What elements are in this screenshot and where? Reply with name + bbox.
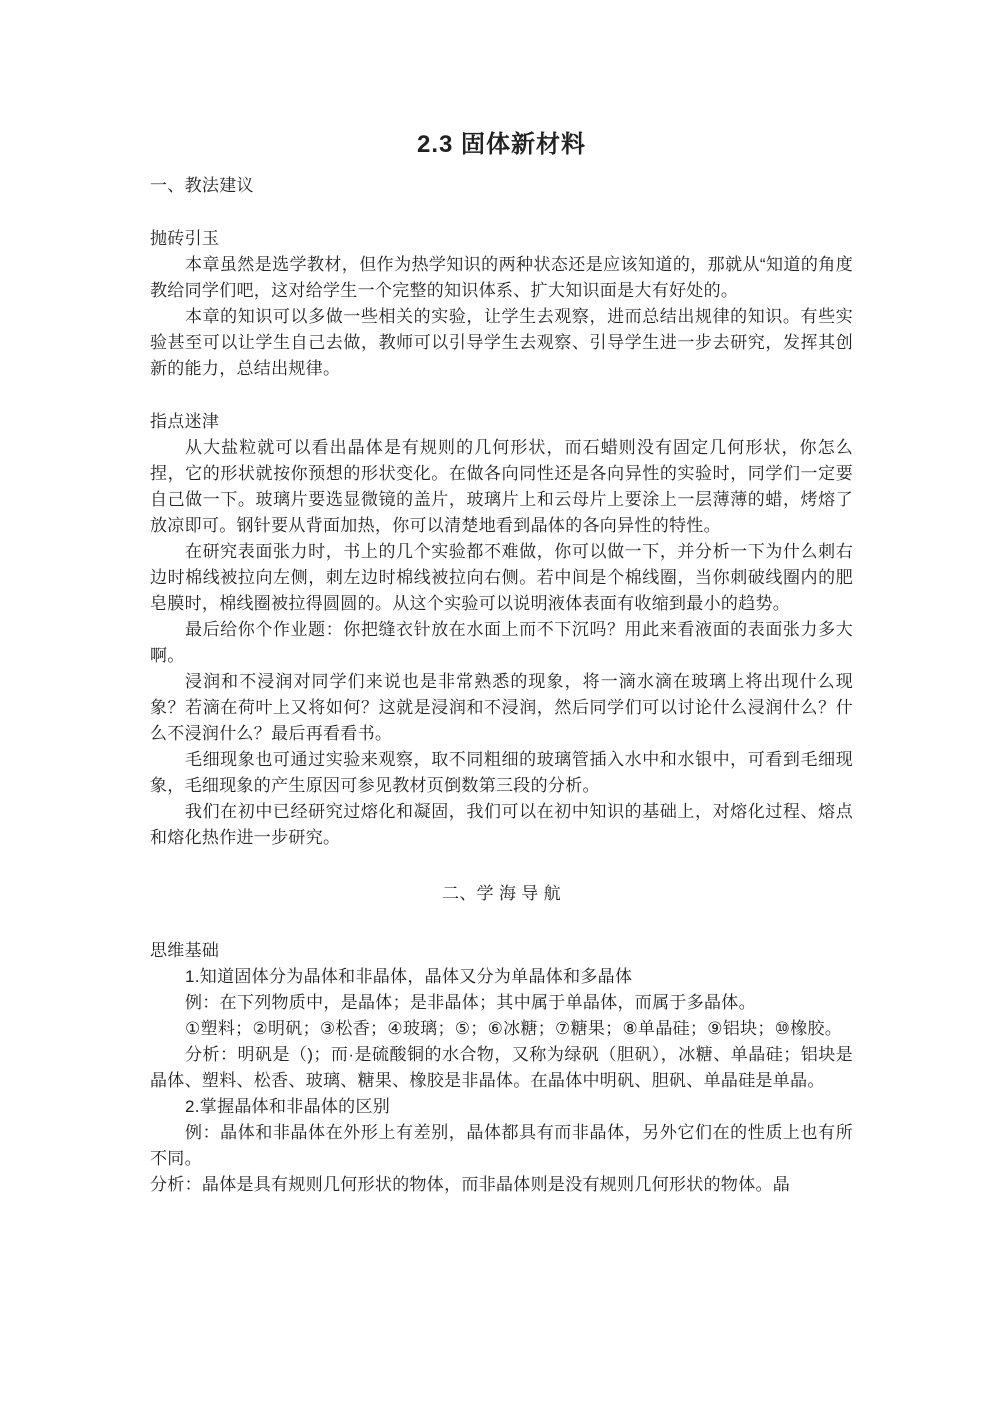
paragraph: 例：在下列物质中，是晶体；是非晶体；其中属于单晶体，而属于多晶体。 xyxy=(150,990,853,1016)
page-title: 2.3 固体新材料 xyxy=(150,128,853,161)
document-page: 2.3 固体新材料一、教法建议抛砖引玉本章虽然是选学教材，但作为热学知识的两种状… xyxy=(0,0,1000,1414)
section-heading: 一、教法建议 xyxy=(150,173,853,199)
paragraph: 分析：晶体是具有规则几何形状的物体，而非晶体则是没有规则几何形状的物体。晶 xyxy=(150,1172,853,1198)
paragraph: 分析：明矾是（)；而·是硫酸铜的水合物，又称为绿矾（胆矾），冰糖、单晶硅；铝块是… xyxy=(150,1042,853,1094)
subheading: 抛砖引玉 xyxy=(150,226,853,252)
paragraph: ①塑料；②明矾；③松香；④玻璃；⑤；⑥冰糖；⑦糖果；⑧单晶硅；⑨铝块；⑩橡胶。 xyxy=(150,1016,853,1042)
subheading: 思维基础 xyxy=(150,938,853,964)
paragraph: 我们在初中已经研究过熔化和凝固，我们可以在初中知识的基础上，对熔化过程、熔点和熔… xyxy=(150,799,853,851)
paragraph: 在研究表面张力时，书上的几个实验都不难做，你可以做一下，并分析一下为什么刺右边时… xyxy=(150,539,853,617)
paragraph: 浸润和不浸润对同学们来说也是非常熟悉的现象，将一滴水滴在玻璃上将出现什么现象？若… xyxy=(150,669,853,747)
paragraph: 2.掌握晶体和非晶体的区别 xyxy=(150,1094,853,1120)
paragraph: 最后给你个作业题：你把缝衣针放在水面上而不下沉吗？用此来看液面的表面张力多大啊。 xyxy=(150,617,853,669)
document-content: 2.3 固体新材料一、教法建议抛砖引玉本章虽然是选学教材，但作为热学知识的两种状… xyxy=(150,128,853,1198)
paragraph: 例：晶体和非晶体在外形上有差别，晶体都具有而非晶体，另外它们在的性质上也有所不同… xyxy=(150,1120,853,1172)
subheading: 指点迷津 xyxy=(150,409,853,435)
paragraph: 本章虽然是选学教材，但作为热学知识的两种状态还是应该知道的，那就从“知道的角度教… xyxy=(150,252,853,304)
paragraph: 从大盐粒就可以看出晶体是有规则的几何形状，而石蜡则没有固定几何形状，你怎么捏，它… xyxy=(150,435,853,539)
paragraph: 1.知道固体分为晶体和非晶体，晶体又分为单晶体和多晶体 xyxy=(150,964,853,990)
paragraph: 毛细现象也可通过实验来观察，取不同粗细的玻璃管插入水中和水银中，可看到毛细现象，… xyxy=(150,747,853,799)
paragraph: 本章的知识可以多做一些相关的实验，让学生去观察，进而总结出规律的知识。有些实验甚… xyxy=(150,304,853,382)
centered-heading: 二、学 海 导 航 xyxy=(150,881,853,907)
